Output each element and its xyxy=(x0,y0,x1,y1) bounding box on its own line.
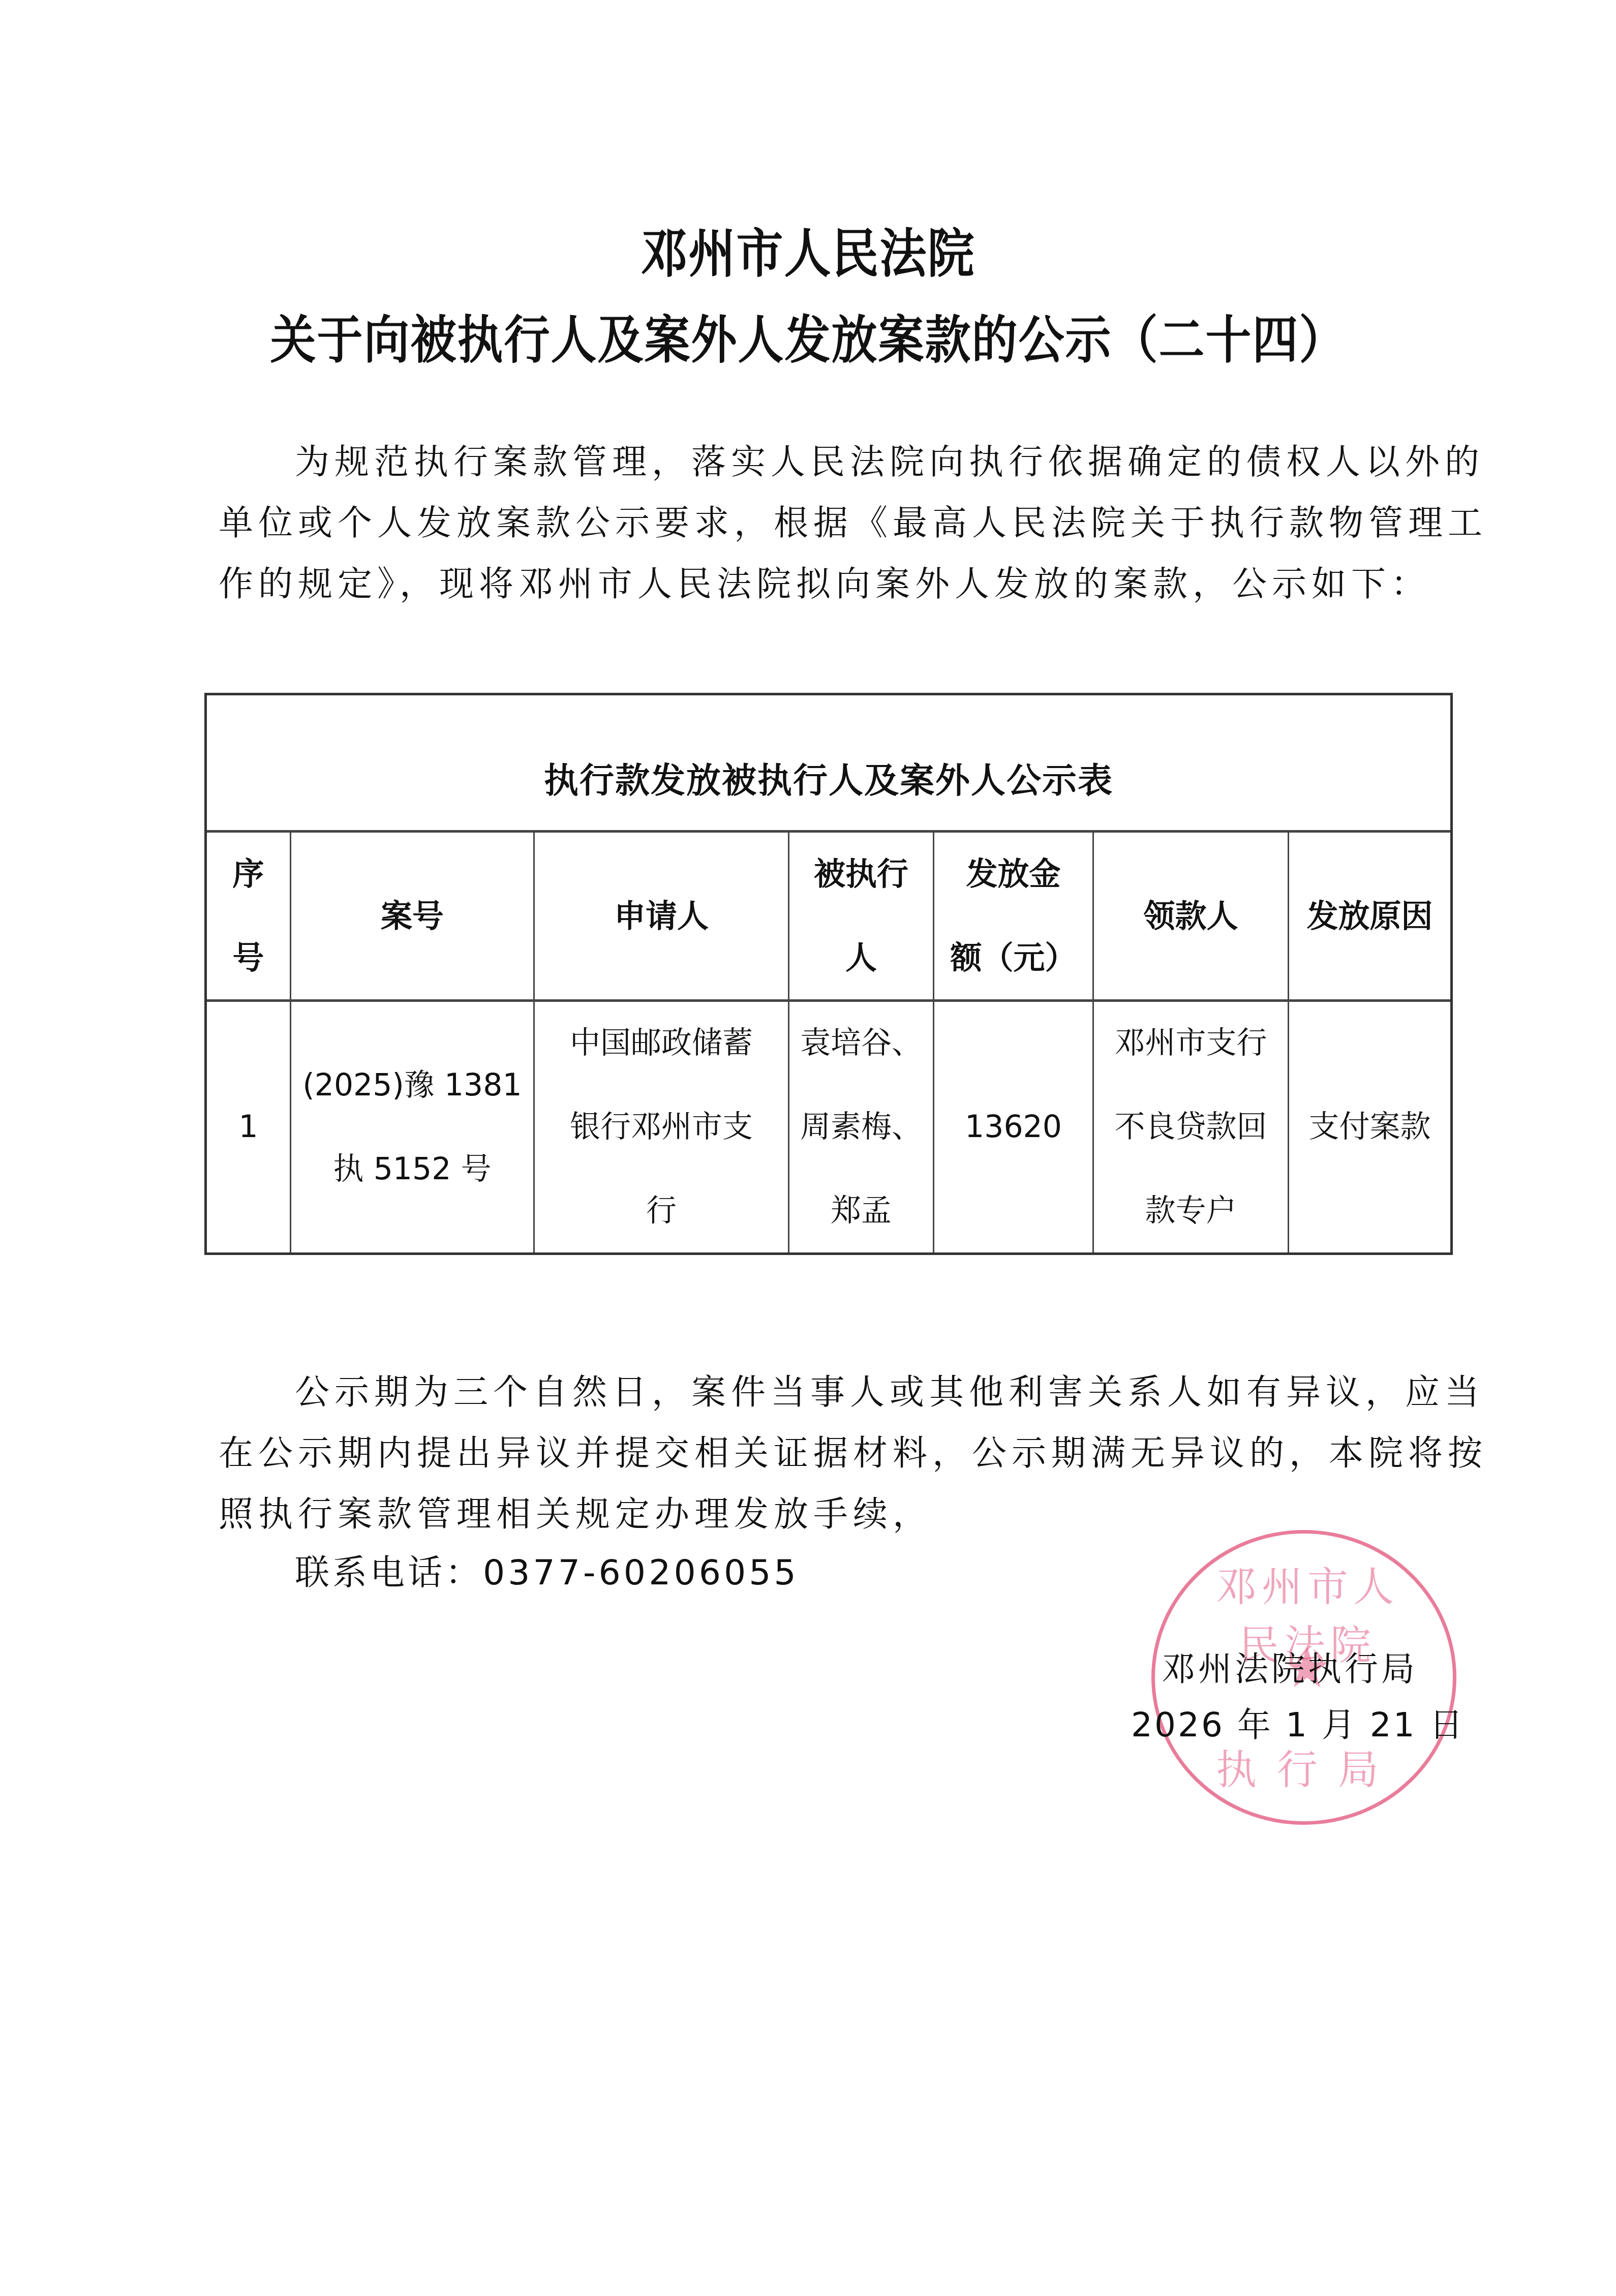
cell-payee: 邓州市支行 不良贷款回 款专户 xyxy=(1094,1002,1289,1252)
header-cell-respondent: 被执行 人 xyxy=(789,833,934,999)
header-cell-amount: 发放金 额（元） xyxy=(934,833,1094,999)
signature-date: 2026 年 1 月 21 日 xyxy=(1131,1698,1465,1746)
phone-label: 联系电话： xyxy=(295,1553,483,1593)
closing-line: 在公示期内提出异议并提交相关证据材料，公示期满无异议的，本院将按 xyxy=(219,1423,1423,1484)
table-row: 1 (2025)豫 1381 执 5152 号 中国邮政储蓄 银行邓州市支 行 … xyxy=(207,1002,1450,1252)
table-title: 执行款发放被执行人及案外人公示表 xyxy=(207,695,1450,833)
cell-reason: 支付案款 xyxy=(1289,1002,1450,1252)
cell-applicant: 中国邮政储蓄 银行邓州市支 行 xyxy=(535,1002,789,1252)
header-cell-case-no: 案号 xyxy=(291,833,535,999)
notice-title: 关于向被执行人及案外人发放案款的公示（二十四） xyxy=(0,298,1616,373)
intro-line: 单位或个人发放案款公示要求，根据《最高人民法院关于执行款物管理工 xyxy=(219,493,1423,554)
court-name-heading: 邓州市人民法院 xyxy=(0,212,1616,287)
cell-seq: 1 xyxy=(207,1002,291,1252)
intro-paragraph: 为规范执行案款管理，落实人民法院向执行依据确定的债权人以外的 单位或个人发放案款… xyxy=(219,432,1423,615)
contact-phone: 联系电话：0377-60206055 xyxy=(295,1545,799,1595)
disbursement-table: 执行款发放被执行人及案外人公示表 序 号 案号 申请人 被执行 人 发放金 额（… xyxy=(204,693,1453,1255)
header-cell-reason: 发放原因 xyxy=(1289,833,1450,999)
header-cell-seq: 序 号 xyxy=(207,833,291,999)
closing-paragraph: 公示期为三个自然日，案件当事人或其他利害关系人如有异议，应当 在公示期内提出异议… xyxy=(219,1362,1423,1545)
intro-line: 作的规定》，现将邓州市人民法院拟向案外人发放的案款，公示如下： xyxy=(219,554,1423,615)
signature-organization: 邓州法院执行局 xyxy=(1162,1642,1418,1690)
document-page: 邓州市人民法院 关于向被执行人及案外人发放案款的公示（二十四） 为规范执行案款管… xyxy=(0,0,1616,2296)
cell-case-no: (2025)豫 1381 执 5152 号 xyxy=(291,1002,535,1252)
phone-number: 0377-60206055 xyxy=(483,1553,799,1593)
header-cell-applicant: 申请人 xyxy=(535,833,789,999)
cell-amount: 13620 xyxy=(934,1002,1094,1252)
cell-respondent: 袁培谷、 周素梅、 郑孟 xyxy=(789,1002,934,1252)
header-cell-payee: 领款人 xyxy=(1094,833,1289,999)
table-header-row: 序 号 案号 申请人 被执行 人 发放金 额（元） 领款人 发放原因 xyxy=(207,833,1450,1002)
intro-line: 为规范执行案款管理，落实人民法院向执行依据确定的债权人以外的 xyxy=(219,432,1423,493)
closing-line: 公示期为三个自然日，案件当事人或其他利害关系人如有异议，应当 xyxy=(219,1362,1423,1423)
